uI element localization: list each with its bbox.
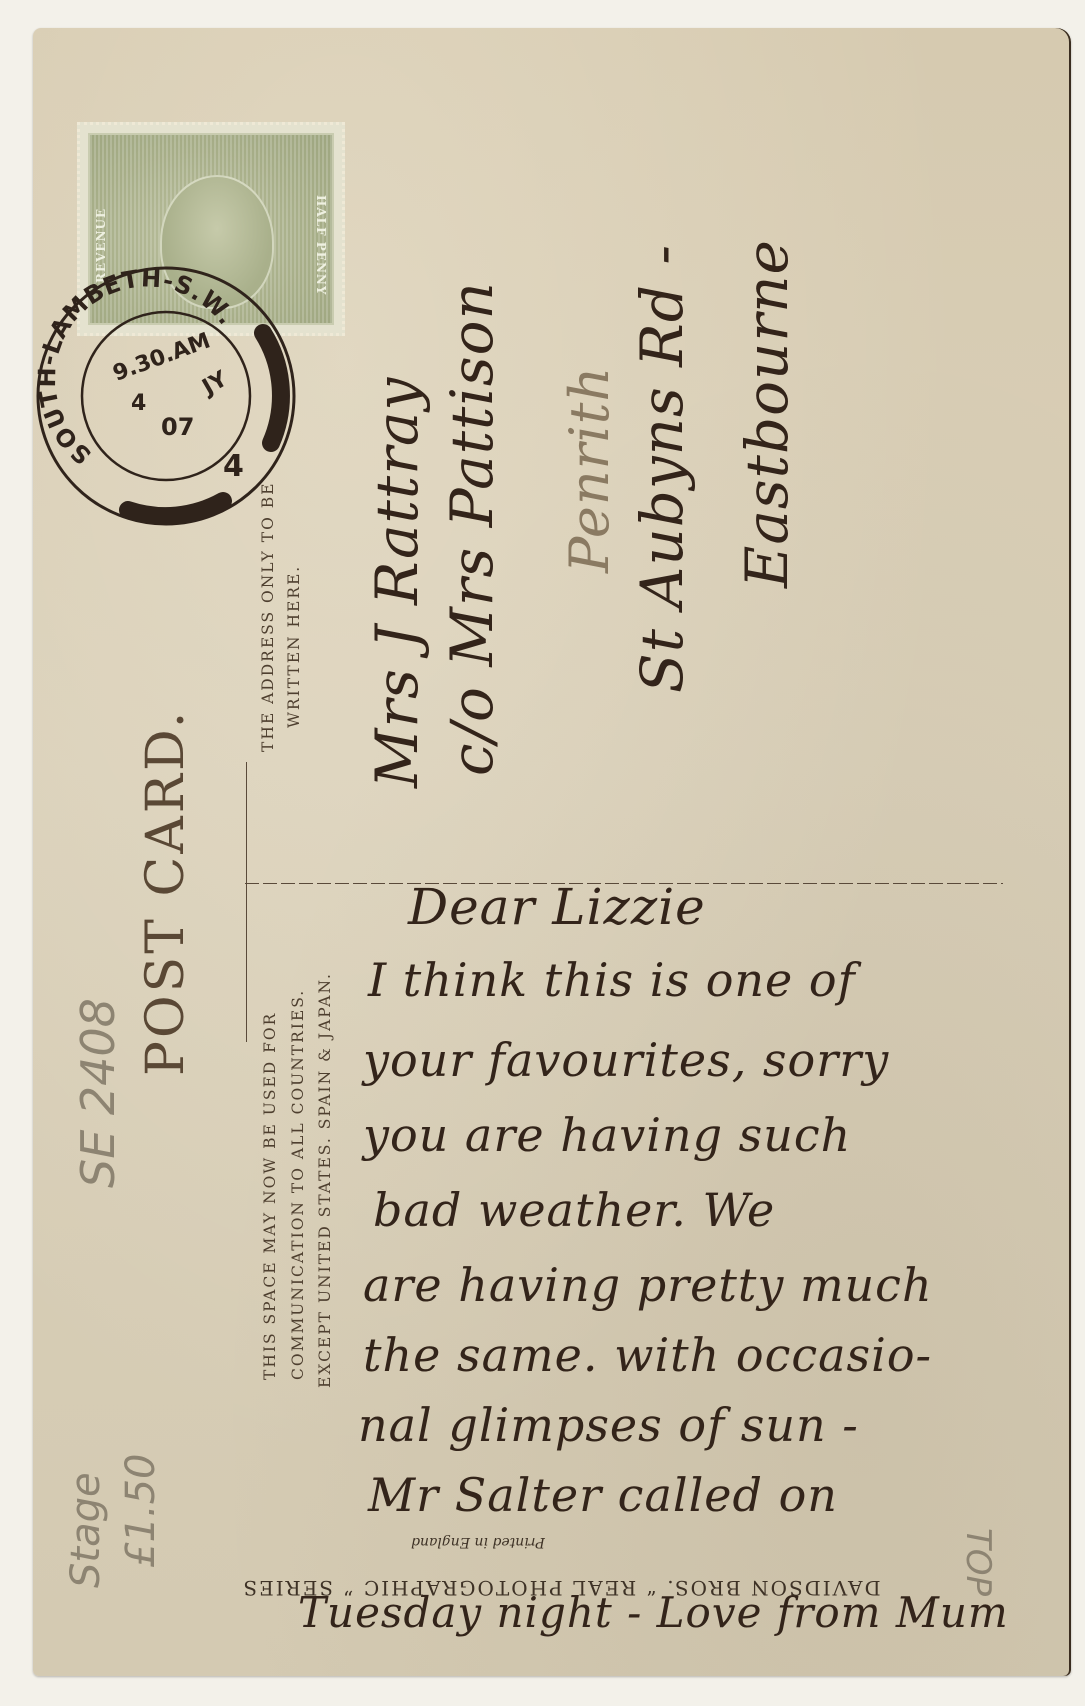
message-line-5: bad weather. We bbox=[373, 1183, 775, 1237]
message-line-3: your favourites, sorry bbox=[363, 1033, 889, 1087]
pencil-note-4: TOP bbox=[958, 1528, 998, 1596]
pencil-note-2: Stage bbox=[63, 1472, 109, 1588]
message-line-6: are having pretty much bbox=[363, 1258, 933, 1312]
address-note-line1: THE ADDRESS ONLY TO BE bbox=[259, 482, 277, 752]
postmark-day: 4 bbox=[131, 391, 146, 416]
postcard: REVENUE HALF PENNY SOUTH-LAMBETH-S.W. 9.… bbox=[33, 28, 1071, 1676]
message-line-2: I think this is one of bbox=[368, 953, 856, 1007]
address-line-4: St Aubyns Rd - bbox=[628, 244, 696, 693]
stamp-right-label: HALF PENNY bbox=[298, 165, 328, 325]
address-line-1: Mrs J Rattray bbox=[363, 377, 431, 788]
publisher-line: DAVIDSON BROS. “ REAL PHOTOGRAPHIC ” SER… bbox=[151, 1576, 971, 1600]
postmark-year: 07 bbox=[161, 413, 194, 441]
message-line-1: Dear Lizzie bbox=[408, 878, 706, 936]
message-line-9: Mr Salter called on bbox=[368, 1468, 838, 1522]
message-line-7: the same. with occasio- bbox=[363, 1328, 932, 1382]
divider-vertical bbox=[246, 762, 247, 1042]
pencil-note-1: SE 2408 bbox=[71, 998, 125, 1188]
pencil-note-3: £1.50 bbox=[118, 1453, 164, 1568]
message-line-8: nal glimpses of sun - bbox=[358, 1398, 859, 1452]
address-line-3: Penrith bbox=[558, 366, 621, 573]
message-note-line3: EXCEPT UNITED STATES. SPAIN & JAPAN. bbox=[316, 972, 334, 1388]
printed-in-england: Printed in England bbox=[411, 1534, 545, 1550]
message-line-4: you are having such bbox=[363, 1108, 851, 1162]
message-note-line1: THIS SPACE MAY NOW BE USED FOR bbox=[261, 1012, 279, 1380]
postcard-title: POST CARD. bbox=[136, 709, 196, 1076]
address-line-5: Eastbourne bbox=[733, 239, 801, 588]
address-line-2: c/o Mrs Pattison bbox=[438, 281, 506, 776]
postmark-district: 4 bbox=[223, 449, 244, 484]
address-note-line2: WRITTEN HERE. bbox=[285, 565, 303, 728]
message-note-line2: COMMUNICATION TO ALL COUNTRIES. bbox=[289, 989, 307, 1380]
